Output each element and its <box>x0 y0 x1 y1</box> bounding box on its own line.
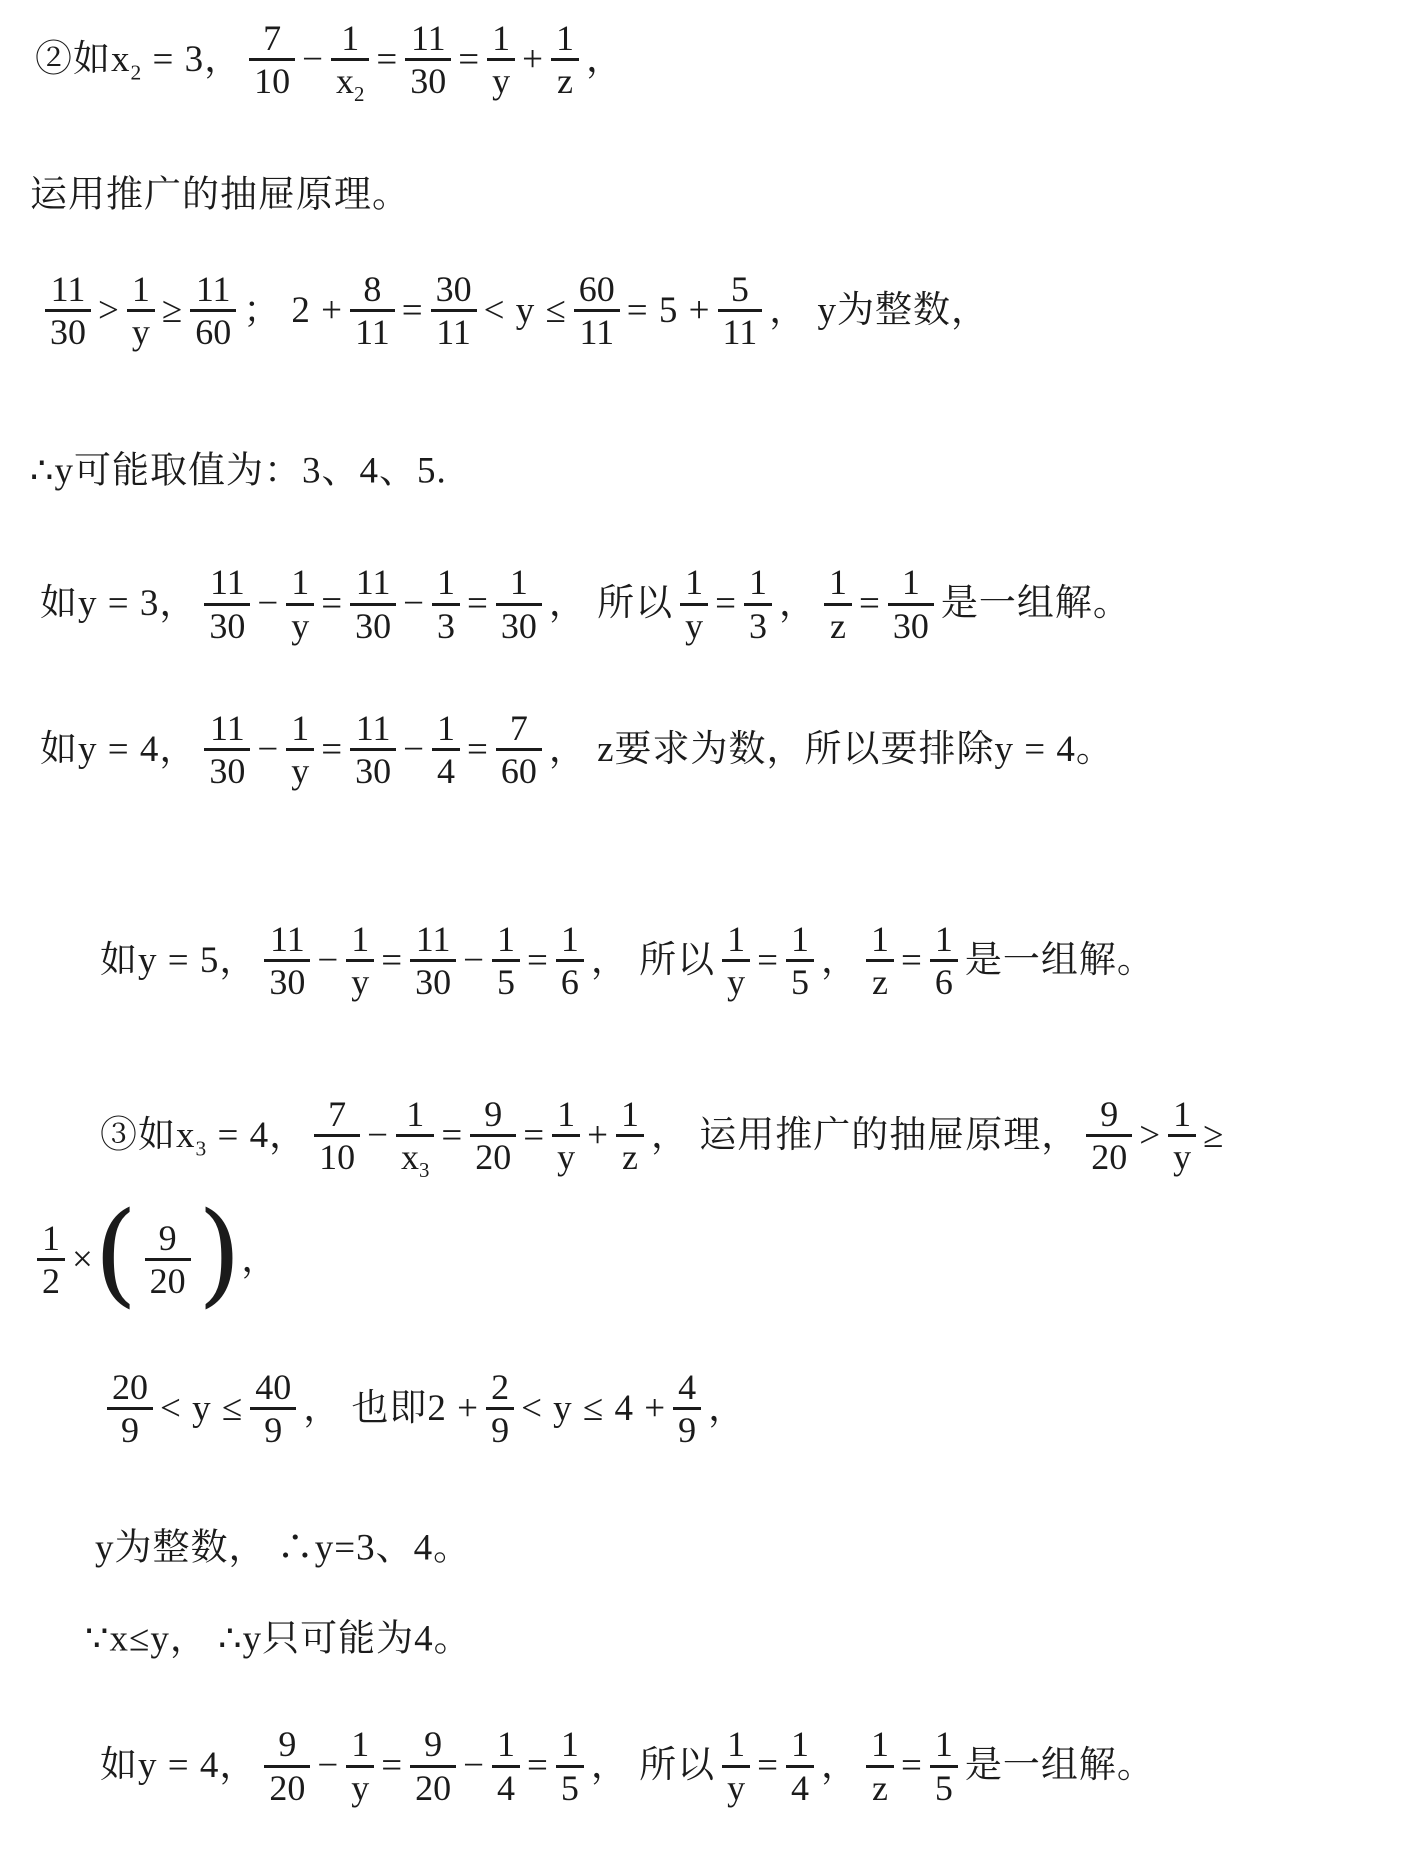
denominator: x2 <box>331 61 369 101</box>
text-run: ， <box>821 939 859 980</box>
numerator: 11 <box>45 269 91 309</box>
numerator: 1 <box>786 919 814 959</box>
denominator: 30 <box>204 751 250 791</box>
denominator: y <box>346 1768 374 1808</box>
numerator: 1 <box>346 919 374 959</box>
numerator: 9 <box>1086 1094 1132 1134</box>
denominator: 9 <box>250 1410 296 1450</box>
text-run: = <box>527 1745 549 1786</box>
numerator: 11 <box>204 562 250 602</box>
text-run: = <box>901 1745 923 1786</box>
fraction: 511 <box>718 269 763 353</box>
text-run: − <box>367 1115 389 1156</box>
denominator: z <box>866 962 894 1002</box>
text-run: > <box>1139 1115 1161 1156</box>
math-line-13: 如y = 4，920−1y=920−14=15， 所以1y=14，1z=15是一… <box>0 1724 1420 1808</box>
denominator: 30 <box>405 61 451 101</box>
denominator: 30 <box>350 606 396 646</box>
numerator: 1 <box>866 1724 894 1764</box>
fraction: 15 <box>556 1724 584 1808</box>
fraction: 15 <box>492 919 520 1003</box>
denominator: 6 <box>556 962 584 1002</box>
variable-base: x <box>176 1115 196 1156</box>
numerator: 1 <box>1168 1094 1196 1134</box>
denominator: 9 <box>486 1410 514 1450</box>
fraction: 1z <box>866 1724 894 1808</box>
text-run: = 5 + <box>627 290 711 331</box>
text-run: − <box>403 583 425 624</box>
fraction: 13 <box>432 562 460 646</box>
numerator: 1 <box>556 1724 584 1764</box>
fraction: 1y <box>1168 1094 1196 1178</box>
fraction: 1130 <box>350 708 396 792</box>
numerator: 1 <box>722 1724 750 1764</box>
fraction: 12 <box>37 1218 65 1302</box>
numerator: 4 <box>673 1367 701 1407</box>
denominator: 5 <box>930 1768 958 1808</box>
denominator: y <box>346 962 374 1002</box>
fraction: 811 <box>350 269 395 353</box>
denominator: 11 <box>718 312 763 352</box>
fraction: 1y <box>127 269 155 353</box>
fraction: 1z <box>824 562 852 646</box>
numerator: 1 <box>556 919 584 959</box>
numerator: 1 <box>552 1094 580 1134</box>
numerator: 8 <box>350 269 395 309</box>
text-run: − <box>463 1745 485 1786</box>
text-run: − <box>257 583 279 624</box>
fraction: 1y <box>552 1094 580 1178</box>
numerator: 7 <box>249 18 295 58</box>
text-run: = <box>441 1115 463 1156</box>
fraction: 13 <box>744 562 772 646</box>
subscripted-variable: x3 <box>176 1115 207 1156</box>
denominator: 9 <box>673 1410 701 1450</box>
denominator-base: x <box>336 61 354 101</box>
numerator: 20 <box>107 1367 153 1407</box>
text-run: − <box>317 939 339 980</box>
denominator: z <box>551 61 579 101</box>
numerator: 11 <box>350 708 396 748</box>
denominator: 4 <box>432 751 460 791</box>
fraction: 16 <box>930 919 958 1003</box>
text-run: 是一组解。 <box>965 1745 1155 1786</box>
denominator: x3 <box>396 1137 434 1177</box>
text-run: = <box>523 1115 545 1156</box>
fraction: 760 <box>496 708 542 792</box>
denominator: 30 <box>888 606 934 646</box>
text-run: 是一组解。 <box>941 583 1131 624</box>
fraction: 14 <box>432 708 460 792</box>
fraction: 1y <box>722 919 750 1003</box>
denominator: z <box>824 606 852 646</box>
subscripted-variable: x2 <box>111 39 142 80</box>
numerator: 9 <box>470 1094 516 1134</box>
text-run: ， <box>586 39 624 80</box>
text-run: < y ≤ <box>160 1388 243 1429</box>
numerator: 1 <box>866 919 894 959</box>
denominator: y <box>680 606 708 646</box>
denominator: y <box>127 312 155 352</box>
text-run: = <box>402 290 424 331</box>
numerator: 11 <box>264 919 310 959</box>
numerator: 11 <box>405 18 451 58</box>
denominator: 4 <box>492 1768 520 1808</box>
numerator: 1 <box>722 919 750 959</box>
numerator: 7 <box>496 708 542 748</box>
numerator: 1 <box>744 562 772 602</box>
text-run: ， <box>821 1745 859 1786</box>
denominator: z <box>616 1137 644 1177</box>
denominator: 5 <box>786 962 814 1002</box>
numerator: 5 <box>718 269 763 309</box>
text-run: < y ≤ 4 + <box>521 1388 666 1429</box>
denominator: 9 <box>107 1410 153 1450</box>
denominator: 20 <box>264 1768 310 1808</box>
text-run: = 3， <box>142 39 242 80</box>
fraction: 14 <box>786 1724 814 1808</box>
fraction: 130 <box>496 562 542 646</box>
denominator: y <box>286 751 314 791</box>
denominator: 5 <box>492 962 520 1002</box>
text-run: = <box>467 583 489 624</box>
denominator: y <box>722 1768 750 1808</box>
text-run: 是一组解。 <box>965 939 1155 980</box>
denominator: 10 <box>249 61 295 101</box>
text-run: = <box>901 939 923 980</box>
denominator: 30 <box>350 751 396 791</box>
numerator: 11 <box>190 269 236 309</box>
numerator: 11 <box>204 708 250 748</box>
fraction: 1y <box>286 562 314 646</box>
numerator: 9 <box>264 1724 310 1764</box>
denominator: 4 <box>786 1768 814 1808</box>
denominator: 6 <box>930 962 958 1002</box>
denominator: 60 <box>190 312 236 352</box>
text-run: 运用推广的抽屉原理。 <box>30 174 410 215</box>
fraction: 1160 <box>190 269 236 353</box>
fraction: 1x2 <box>331 18 369 102</box>
numerator: 1 <box>331 18 369 58</box>
math-line-9: 12×(920)， <box>0 1204 1420 1316</box>
fraction: 1y <box>286 708 314 792</box>
fraction: 130 <box>888 562 934 646</box>
text-run: y为整数， ∴y=3、4。 <box>95 1528 471 1569</box>
fraction: 1130 <box>204 562 250 646</box>
fraction: 1y <box>346 919 374 1003</box>
fraction: 1130 <box>264 919 310 1003</box>
numerator: 1 <box>496 562 542 602</box>
text-run: = <box>467 729 489 770</box>
denominator: 30 <box>410 962 456 1002</box>
denominator: 11 <box>350 312 395 352</box>
numerator: 40 <box>250 1367 296 1407</box>
math-line-2: 运用推广的抽屉原理。 <box>0 171 1420 218</box>
fraction: 15 <box>786 919 814 1003</box>
fraction: 1130 <box>350 562 396 646</box>
text-run: + <box>522 39 544 80</box>
fraction: 14 <box>492 1724 520 1808</box>
math-line-1: ②如x2 = 3，710−1x2=1130=1y+1z， <box>0 0 1420 102</box>
big-paren: ) <box>198 1189 242 1319</box>
denominator-subscript: 2 <box>354 83 364 107</box>
denominator: y <box>286 606 314 646</box>
numerator: 1 <box>930 919 958 959</box>
numerator: 1 <box>616 1094 644 1134</box>
text-run: ， 所以 <box>549 583 673 624</box>
document-page: ②如x2 = 3，710−1x2=1130=1y+1z，运用推广的抽屉原理。11… <box>0 0 1420 1856</box>
fraction: 1130 <box>204 708 250 792</box>
fraction: 29 <box>486 1367 514 1451</box>
text-run: − <box>302 39 324 80</box>
big-paren: ( <box>94 1189 138 1319</box>
denominator: y <box>722 962 750 1002</box>
denominator: 30 <box>45 312 91 352</box>
math-line-12: ∵x≤y， ∴y只可能为4。 <box>0 1615 1420 1662</box>
text-run: ， 运用推广的抽屉原理， <box>651 1115 1079 1156</box>
text-run: = <box>381 939 403 980</box>
fraction: 1y <box>346 1724 374 1808</box>
text-run: − <box>317 1745 339 1786</box>
text-run: 如y = 4， <box>100 1745 257 1786</box>
math-line-6: 如y = 4，1130−1y=1130−14=760， z要求为数，所以要排除y… <box>0 708 1420 792</box>
text-run: = <box>757 1745 779 1786</box>
numerator: 1 <box>432 562 460 602</box>
numerator: 1 <box>551 18 579 58</box>
math-line-5: 如y = 3，1130−1y=1130−13=130， 所以1y=13，1z=1… <box>0 562 1420 646</box>
math-line-4: ∴y可能取值为：3、4、5. <box>0 447 1420 494</box>
denominator: 5 <box>556 1768 584 1808</box>
text-run: ， y为整数， <box>769 290 989 331</box>
fraction: 49 <box>673 1367 701 1451</box>
text-run: = <box>321 729 343 770</box>
text-run: ， <box>241 1239 279 1280</box>
denominator: 11 <box>431 312 477 352</box>
numerator: 1 <box>286 708 314 748</box>
text-run: ③如 <box>100 1115 176 1156</box>
numerator: 9 <box>145 1218 191 1258</box>
fraction: 1130 <box>405 18 451 102</box>
numerator: 11 <box>350 562 396 602</box>
fraction: 15 <box>930 1724 958 1808</box>
text-run: + <box>587 1115 609 1156</box>
numerator: 1 <box>824 562 852 602</box>
text-run: = <box>376 39 398 80</box>
text-run: ， <box>779 583 817 624</box>
fraction: 1z <box>616 1094 644 1178</box>
fraction: 1130 <box>45 269 91 353</box>
numerator: 1 <box>492 919 520 959</box>
denominator: 20 <box>1086 1137 1132 1177</box>
variable-base: x <box>111 39 131 80</box>
fraction: 1x3 <box>396 1094 434 1178</box>
math-line-10: 209< y ≤409， 也即2 +29< y ≤ 4 +49， <box>0 1367 1420 1451</box>
text-run: = <box>715 583 737 624</box>
fraction: 1y <box>487 18 515 102</box>
text-run: ≥ <box>1203 1115 1224 1156</box>
denominator: 20 <box>145 1261 191 1301</box>
fraction: 16 <box>556 919 584 1003</box>
text-run: < y ≤ <box>484 290 567 331</box>
fraction: 920 <box>410 1724 456 1808</box>
denominator: y <box>487 61 515 101</box>
numerator: 1 <box>487 18 515 58</box>
fraction: 920 <box>1086 1094 1132 1178</box>
variable-subscript: 2 <box>131 60 143 84</box>
text-run: = <box>458 39 480 80</box>
text-run: = 4， <box>207 1115 307 1156</box>
fraction: 1130 <box>410 919 456 1003</box>
text-run: = <box>757 939 779 980</box>
numerator: 1 <box>286 562 314 602</box>
numerator: 1 <box>432 708 460 748</box>
text-run: − <box>257 729 279 770</box>
fraction: 920 <box>264 1724 310 1808</box>
fraction: 920 <box>145 1218 191 1302</box>
denominator-subscript: 3 <box>419 1159 429 1183</box>
text-run: ， 所以 <box>591 1745 715 1786</box>
denominator: 3 <box>744 606 772 646</box>
denominator: 30 <box>204 606 250 646</box>
denominator: y <box>1168 1137 1196 1177</box>
numerator: 30 <box>431 269 477 309</box>
text-run: ∵x≤y， ∴y只可能为4。 <box>85 1618 472 1659</box>
text-run: 如y = 5， <box>100 939 257 980</box>
text-run: 如y = 3， <box>40 583 197 624</box>
variable-subscript: 3 <box>196 1136 208 1160</box>
denominator-base: x <box>401 1137 419 1177</box>
text-run: = <box>527 939 549 980</box>
numerator: 1 <box>37 1218 65 1258</box>
denominator: y <box>552 1137 580 1177</box>
text-run: ， z要求为数，所以要排除y = 4。 <box>549 729 1114 770</box>
denominator: 20 <box>470 1137 516 1177</box>
text-run: ∴y可能取值为：3、4、5. <box>30 450 447 491</box>
text-run: ， 也即2 + <box>303 1388 479 1429</box>
numerator: 1 <box>786 1724 814 1764</box>
text-run: = <box>381 1745 403 1786</box>
math-line-8: ③如x3 = 4，710−1x3=920=1y+1z， 运用推广的抽屉原理，92… <box>0 1094 1420 1178</box>
text-run: − <box>403 729 425 770</box>
fraction: 409 <box>250 1367 296 1451</box>
text-run: ， <box>708 1388 746 1429</box>
fraction: 920 <box>470 1094 516 1178</box>
denominator: 30 <box>264 962 310 1002</box>
text-run: ≥ <box>162 290 183 331</box>
math-line-11: y为整数， ∴y=3、4。 <box>0 1524 1420 1571</box>
fraction: 1y <box>722 1724 750 1808</box>
numerator: 1 <box>680 562 708 602</box>
numerator: 2 <box>486 1367 514 1407</box>
fraction: 710 <box>314 1094 360 1178</box>
fraction: 1z <box>866 919 894 1003</box>
numerator: 1 <box>888 562 934 602</box>
denominator: 3 <box>432 606 460 646</box>
numerator: 1 <box>396 1094 434 1134</box>
numerator: 1 <box>930 1724 958 1764</box>
text-run: ②如 <box>35 39 111 80</box>
text-run: = <box>859 583 881 624</box>
numerator: 11 <box>410 919 456 959</box>
text-run: − <box>463 939 485 980</box>
numerator: 9 <box>410 1724 456 1764</box>
math-line-7: 如y = 5，1130−1y=1130−15=16， 所以1y=15，1z=16… <box>0 919 1420 1003</box>
denominator: 60 <box>496 751 542 791</box>
fraction: 1z <box>551 18 579 102</box>
math-line-3: 1130>1y≥1160； 2 +811=3011< y ≤6011= 5 +5… <box>0 269 1420 353</box>
fraction: 1y <box>680 562 708 646</box>
denominator: 11 <box>574 312 620 352</box>
denominator: 10 <box>314 1137 360 1177</box>
numerator: 7 <box>314 1094 360 1134</box>
denominator: 2 <box>37 1261 65 1301</box>
text-run: = <box>321 583 343 624</box>
denominator: 30 <box>496 606 542 646</box>
text-run: ； 2 + <box>243 290 343 331</box>
numerator: 1 <box>492 1724 520 1764</box>
fraction: 3011 <box>431 269 477 353</box>
fraction: 710 <box>249 18 295 102</box>
numerator: 60 <box>574 269 620 309</box>
denominator: z <box>866 1768 894 1808</box>
text-run: ， 所以 <box>591 939 715 980</box>
numerator: 1 <box>346 1724 374 1764</box>
text-run: 如y = 4， <box>40 729 197 770</box>
fraction: 209 <box>107 1367 153 1451</box>
text-run: > <box>98 290 120 331</box>
fraction: 6011 <box>574 269 620 353</box>
numerator: 1 <box>127 269 155 309</box>
text-run: × <box>72 1239 94 1280</box>
denominator: 20 <box>410 1768 456 1808</box>
